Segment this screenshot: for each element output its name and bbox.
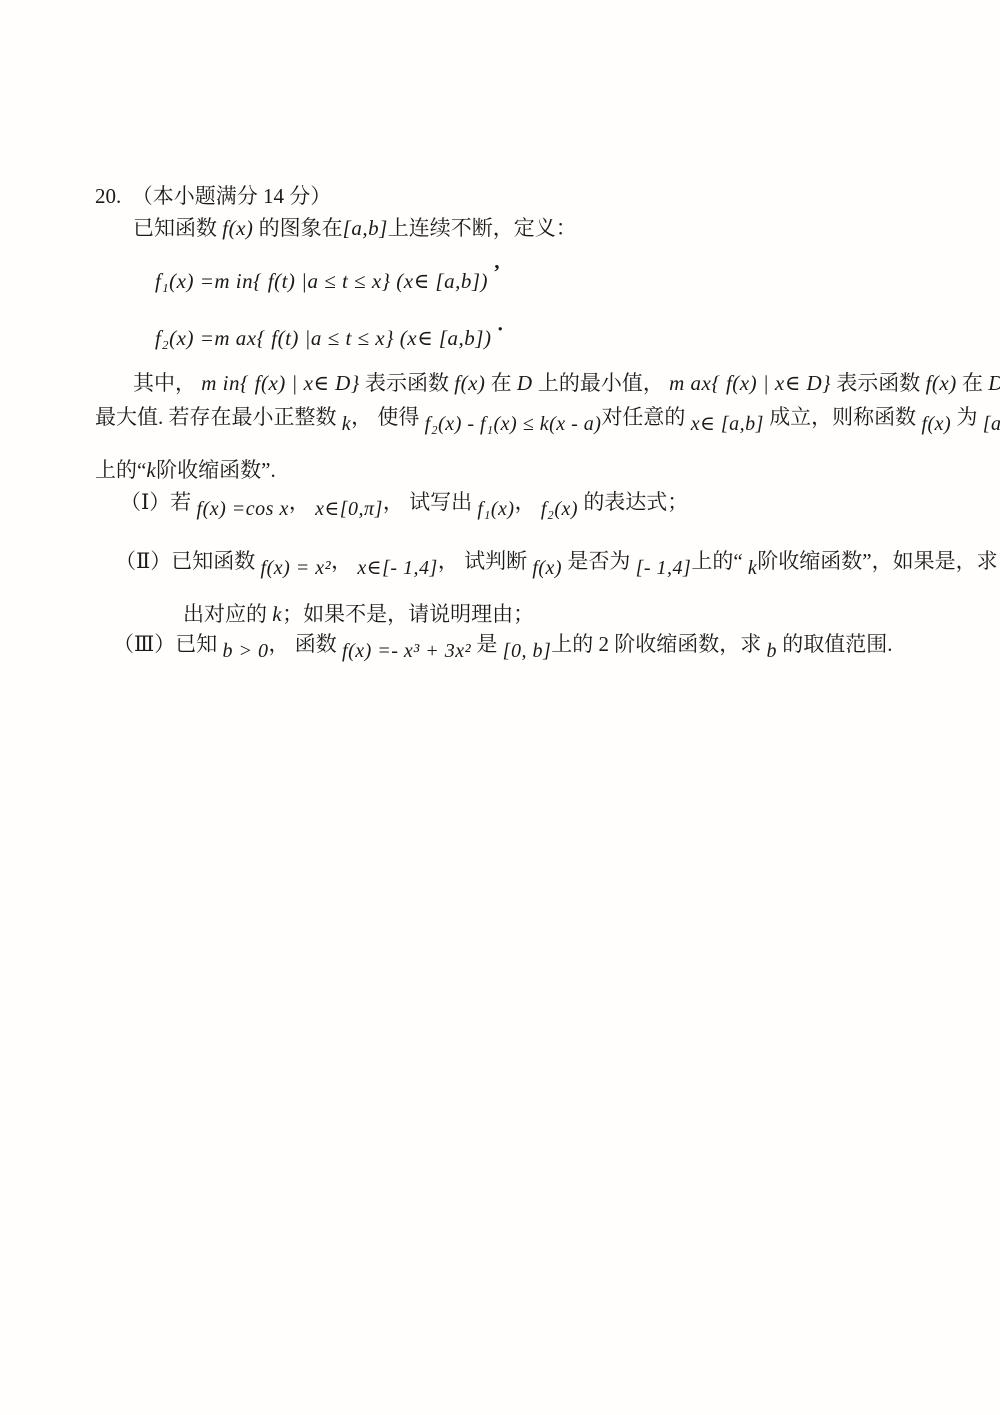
- text-segment: 对任意的: [601, 405, 690, 429]
- text-segment: k: [748, 557, 757, 579]
- text-segment: [0, b]: [503, 640, 552, 662]
- text-segment: 的表达式；: [578, 490, 688, 514]
- text-segment: 已知函数: [133, 216, 222, 240]
- text-segment: ’: [488, 260, 500, 284]
- text-segment: （Ⅲ）已知: [113, 632, 223, 656]
- text-segment: ， 函数: [269, 632, 343, 656]
- text-segment: [a,b]: [983, 413, 1000, 435]
- text-segment: 是: [471, 632, 503, 656]
- document-page: 20. （本小题满分 14 分） 已知函数 f(x) 的图象在[a,b]上连续不…: [0, 0, 1000, 1415]
- text-segment: f(x): [921, 413, 951, 435]
- part-2-line-2: 出对应的 k；如果不是，请说明理由；: [183, 599, 965, 629]
- text-segment: 最大值. 若存在最小正整数: [95, 405, 342, 429]
- text-segment: m ax{ f(x) | x∈ D}: [669, 371, 831, 395]
- text-segment: f(x) =- x³ + 3x²: [342, 640, 471, 662]
- text-segment: ·: [491, 317, 503, 341]
- text-segment: 其中，: [133, 371, 201, 395]
- text-segment: D: [988, 371, 1000, 395]
- text-segment: [- 1,4]: [636, 557, 692, 579]
- text-segment: 成立，则称函数: [764, 405, 922, 429]
- text-segment: f₂(x) - f₁(x) ≤ k(x - a): [425, 413, 602, 435]
- text-segment: 出对应的: [183, 602, 272, 626]
- text-segment: x∈[- 1,4]: [357, 557, 437, 579]
- text-segment: f(x) =cos x: [197, 498, 289, 520]
- text-segment: ， 使得: [351, 405, 425, 429]
- definition-line-2: 最大值. 若存在最小正整数 k， 使得 f₂(x) - f₁(x) ≤ k(x …: [95, 402, 965, 439]
- text-segment: 阶收缩函数”，如果是，求: [757, 549, 997, 573]
- part-3-line: （Ⅲ）已知 b > 0， 函数 f(x) =- x³ + 3x² 是 [0, b…: [113, 629, 965, 666]
- problem-number-line: 20. （本小题满分 14 分）: [95, 181, 965, 211]
- text-segment: f(x): [532, 557, 562, 579]
- text-segment: （Ⅰ）若: [120, 490, 197, 514]
- text-segment: ， 试判断: [438, 549, 533, 573]
- text-segment: k: [146, 458, 156, 482]
- text-segment: D: [517, 371, 533, 395]
- text-segment: 上的最小值，: [533, 371, 670, 395]
- text-segment: ；如果不是，请说明理由；: [282, 602, 534, 626]
- text-segment: f₁(x): [477, 498, 514, 520]
- text-segment: 的取值范围.: [777, 632, 893, 656]
- text-segment: ， 试写出: [383, 490, 478, 514]
- text-segment: [a,b]: [343, 216, 388, 240]
- definition-line-1: 其中， m in{ f(x) | x∈ D} 表示函数 f(x) 在 D 上的最…: [133, 368, 965, 398]
- text-segment: ，: [289, 490, 315, 514]
- text-segment: f(x): [222, 216, 253, 240]
- text-segment: 表示函数: [360, 371, 455, 395]
- text-segment: 在: [485, 371, 517, 395]
- text-segment: 上的“: [95, 458, 146, 482]
- text-segment: 20. （本小题满分 14 分）: [95, 184, 331, 208]
- text-segment: k: [272, 602, 282, 626]
- intro-line: 已知函数 f(x) 的图象在[a,b]上连续不断，定义：: [133, 213, 965, 243]
- text-segment: 上的 2 阶收缩函数，求: [551, 632, 766, 656]
- text-segment: f₂(x): [541, 498, 578, 520]
- text-segment: x∈[0,π]: [315, 498, 383, 520]
- text-segment: ，: [331, 549, 357, 573]
- text-segment: b: [767, 640, 778, 662]
- text-segment: f₂(x) =m ax{ f(t) |a ≤ t ≤ x} (x∈ [a,b]): [155, 326, 491, 350]
- formula-f1-line: f₁(x) =m in{ f(t) |a ≤ t ≤ x} (x∈ [a,b])…: [155, 257, 965, 296]
- text-segment: 在: [957, 371, 989, 395]
- text-segment: f₁(x) =m in{ f(t) |a ≤ t ≤ x} (x∈ [a,b]): [155, 269, 488, 293]
- text-segment: f(x) = x²: [261, 557, 332, 579]
- problem-20: 20. （本小题满分 14 分） 已知函数 f(x) 的图象在[a,b]上连续不…: [95, 181, 965, 666]
- part-2-line-1: （Ⅱ）已知函数 f(x) = x²， x∈[- 1,4]， 试判断 f(x) 是…: [115, 546, 965, 583]
- text-segment: 的图象在: [253, 216, 342, 240]
- part-1-line: （Ⅰ）若 f(x) =cos x， x∈[0,π]， 试写出 f₁(x)， f₂…: [120, 487, 965, 524]
- text-segment: 是否为: [562, 549, 636, 573]
- text-segment: 上连续不断，定义：: [388, 216, 577, 240]
- text-segment: x∈ [a,b]: [691, 413, 764, 435]
- text-segment: f(x): [926, 371, 957, 395]
- text-segment: f(x): [454, 371, 485, 395]
- formula-f2-line: f₂(x) =m ax{ f(t) |a ≤ t ≤ x} (x∈ [a,b])…: [155, 314, 965, 353]
- text-segment: 阶收缩函数”.: [156, 458, 276, 482]
- text-segment: 表示函数: [831, 371, 926, 395]
- text-segment: 上的“: [691, 549, 748, 573]
- text-segment: k: [342, 413, 351, 435]
- text-segment: m in{ f(x) | x∈ D}: [201, 371, 360, 395]
- text-segment: ，: [515, 490, 541, 514]
- definition-line-3: 上的“k阶收缩函数”.: [95, 455, 965, 485]
- text-segment: （Ⅱ）已知函数: [115, 549, 261, 573]
- text-segment: 为: [951, 405, 983, 429]
- text-segment: b > 0: [223, 640, 269, 662]
